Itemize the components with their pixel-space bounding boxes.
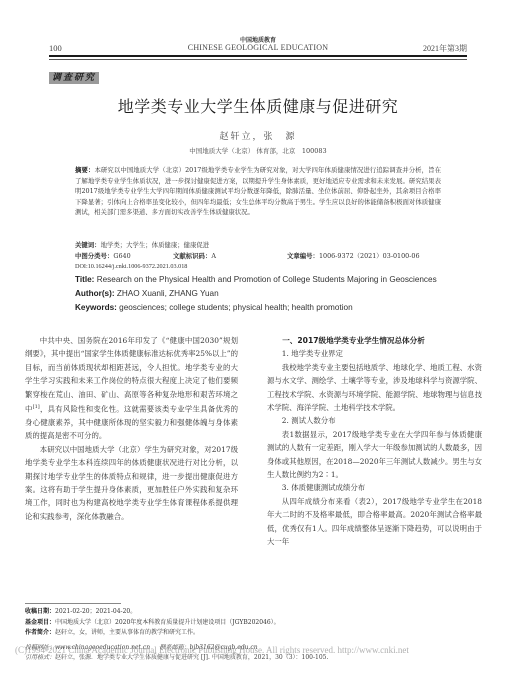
section-heading-1: 一、2017级地学类专业学生情况总体分析 [267,334,482,347]
authors-en: Author(s): ZHAO Xuanli, ZHANG Yuan [75,287,445,301]
clc-value: G640 [113,252,130,260]
clc-label: 中图分类号： [75,252,113,260]
keywords-en-label: Keywords: [75,303,117,312]
body-right-column: 一、2017级地学类专业学生情况总体分析 1. 地学类专业界定 我校地学类专业主… [267,334,482,549]
cite-label: 引用格式： [25,654,55,661]
keywords-en: Keywords: geosciences; college students;… [75,301,445,315]
keywords-cn: 关键词：地学类；大学生；体质健康；健康促进 [75,240,209,249]
email-link[interactable]: bjb3162@cugb.edu.cn [190,644,258,651]
received-date: 收稿日期：2021-02-20；2021-04-20。 [25,607,485,618]
article-affiliation: 中国地质大学（北京） 体育部，北京 100083 [0,146,516,155]
keywords-en-text: geosciences; college students; physical … [119,303,353,312]
article-no-value: 1006-9372（2021）03-0100-06 [319,252,420,260]
body-left-column: 中共中央、国务院在2016年印发了《“健康中国2030”规划纲要》，其中提出“国… [25,334,238,523]
bio-label: 作者简介： [25,629,55,636]
received-value: 2021-02-20；2021-04-20。 [55,608,136,615]
section-tag: 调查研究 [49,72,99,84]
keywords-cn-text: 地学类；大学生；体质健康；健康促进 [101,241,210,249]
website-label: 投稿网址： [25,644,55,651]
citation-ref[interactable]: [1] [33,404,40,410]
subsection-1-text: 我校地学类专业主要包括地质学、地球化学、地质工程、水资源与水文学、测绘学、土壤学… [267,361,482,415]
doi: DOI:10.16244/j.cnki.1006-9372.2021.03.01… [75,263,187,270]
footnote-rule [25,603,121,604]
abstract: 摘要：本研究以中国地质大学（北京）2017级地学类专业学生为研究对象，对大学四年… [75,165,441,218]
keywords-cn-label: 关键词： [75,241,101,249]
title-en: Title: Research on the Physical Health a… [75,273,445,287]
abstract-text: 本研究以中国地质大学（北京）2017级地学类专业学生为研究对象，对大学四年体质健… [75,166,441,216]
issue-label: 2021年第3期 [423,43,467,54]
abstract-label: 摘要： [75,166,94,174]
header-rule-thin [49,59,467,60]
article-no-field: 文章编号：1006-9372（2021）03-0100-06 [287,251,420,260]
fund-value: 中国地质大学（北京）2020年度本科教育质量提升计划建设项目（JGYB20204… [55,619,280,626]
subsection-3-heading: 3. 体质健康测试成绩分布 [267,481,482,494]
article-authors: 赵轩立，张 源 [0,129,516,142]
title-en-text: Research on the Physical Health and Prom… [97,275,437,284]
fund-project: 基金项目：中国地质大学（北京）2020年度本科教育质量提升计划建设项目（JGYB… [25,618,485,629]
doc-code-value: A [211,252,216,260]
english-metadata: Title: Research on the Physical Health a… [75,273,445,314]
subsection-3-text: 从四年成绩分布来看（表2），2017级地学专业学生在2018年大二时的不及格率最… [267,495,482,549]
doc-code-field: 文献标识码：A [173,251,216,260]
citation-format: 引用格式：赵轩立，张源．地学类专业大学生体质健康与促进研究 [J]. 中国地质教… [25,652,328,661]
article-title: 地学类专业大学生体质健康与促进研究 [0,94,516,117]
title-en-label: Title: [75,275,94,284]
intro-paragraph-2: 本研究以中国地质大学（北京）学生为研究对象，对2017级地学类专业学生本科连续四… [25,443,238,523]
authors-en-text: ZHAO Xuanli, ZHANG Yuan [117,289,219,298]
article-no-label: 文章编号： [287,252,319,260]
subsection-1-heading: 1. 地学类专业界定 [267,347,482,360]
email-label: 联系邮箱： [160,644,190,651]
fund-label: 基金项目： [25,619,55,626]
intro-text-a: 中共中央、国务院在2016年印发了《“健康中国2030”规划纲要》，其中提出“国… [25,336,238,414]
clc-field: 中图分类号：G640 [75,251,131,260]
intro-text-b: ，具有风险性和变化性。这就需要该类专业学生具备优秀的身心健康素养，其中健康所体现… [25,405,238,441]
submission-info: 投稿网址：www.chinageoeducation.net.cn 联系邮箱：b… [25,642,258,651]
received-label: 收稿日期： [25,608,55,615]
intro-paragraph-1: 中共中央、国务院在2016年印发了《“健康中国2030”规划纲要》，其中提出“国… [25,334,238,443]
author-bio: 作者简介：赵轩立，女，讲师，主要从事体育的教学和研究工作。 [25,628,485,639]
header-rule-thick [49,55,467,57]
website-link[interactable]: www.chinageoeducation.net.cn [55,644,150,651]
subsection-2-heading: 2. 测试人数分布 [267,414,482,427]
authors-en-label: Author(s): [75,289,115,298]
footnotes: 收稿日期：2021-02-20；2021-04-20。 基金项目：中国地质大学（… [25,607,485,639]
bio-value: 赵轩立，女，讲师，主要从事体育的教学和研究工作。 [55,629,199,636]
cite-text: 赵轩立，张源．地学类专业大学生体质健康与促进研究 [J]. 中国地质教育，202… [55,654,328,661]
doc-code-label: 文献标识码： [173,252,211,260]
subsection-2-text: 表1数据显示，2017级地学类专业在大学四年参与体质健康测试的人数有一定差距，刚… [267,428,482,482]
